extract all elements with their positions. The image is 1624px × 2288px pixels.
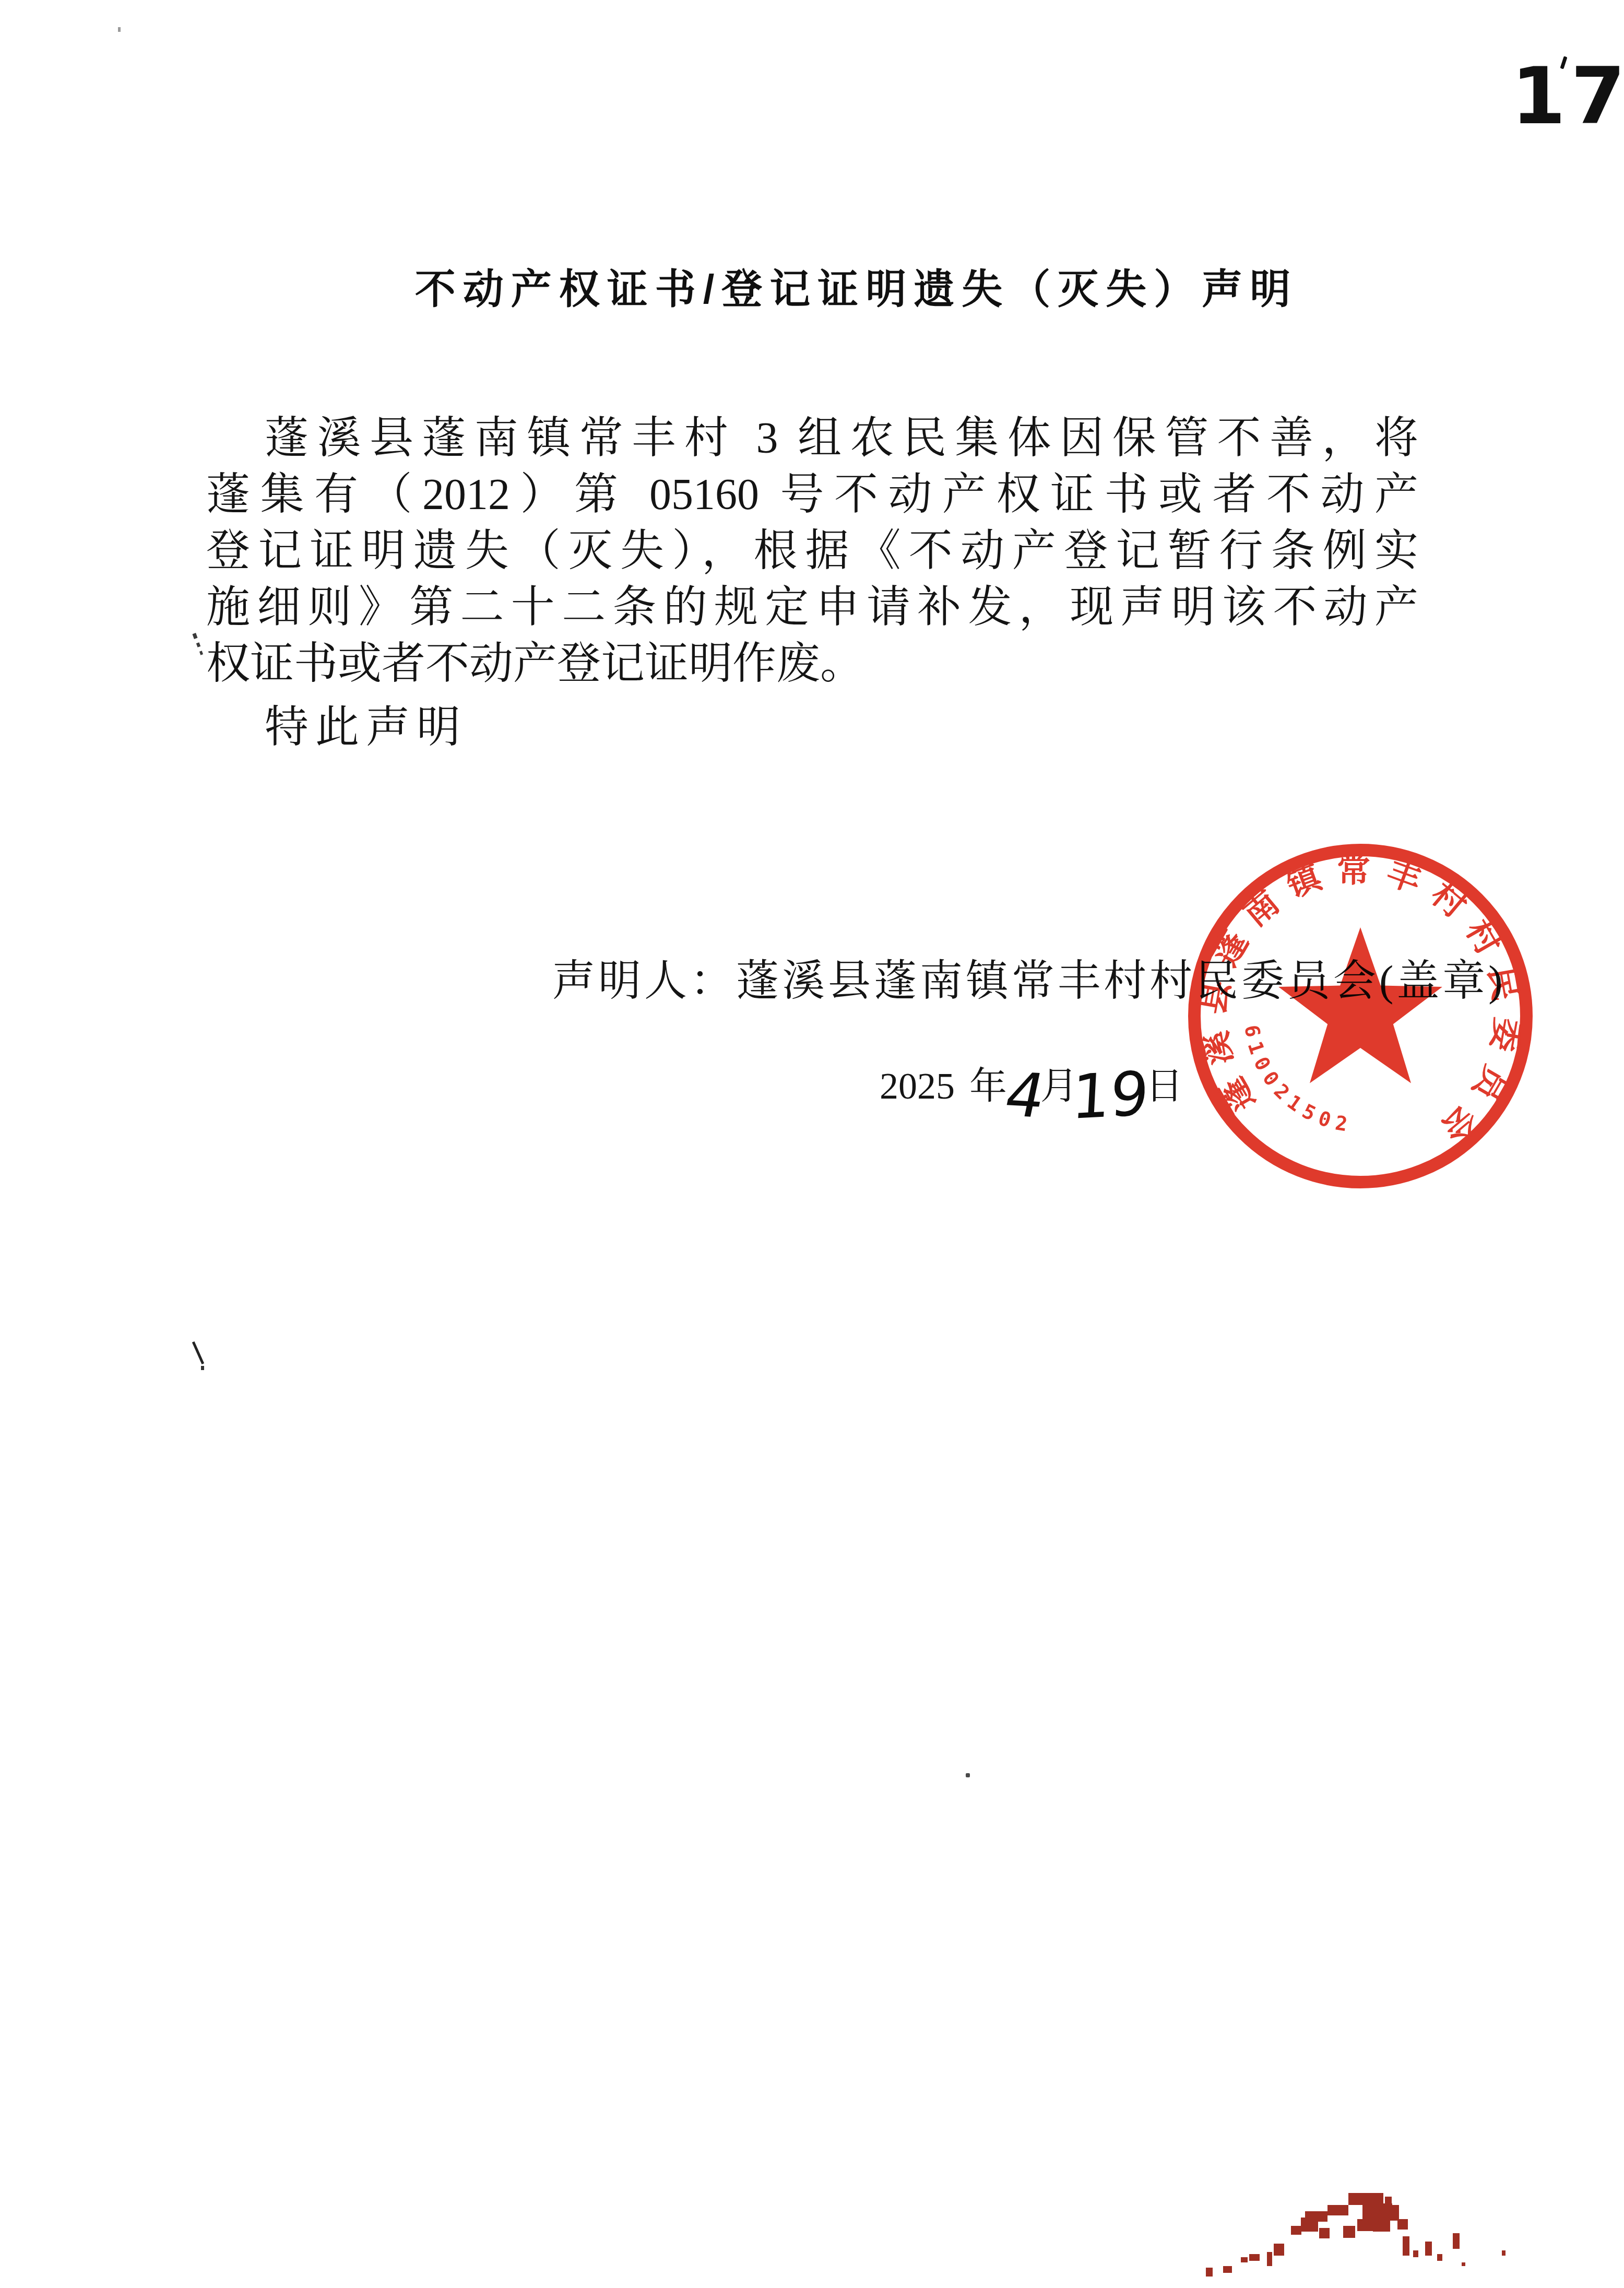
scan-speck [199,651,203,655]
body-line: 登记证明遗失（灭失），根据《不动产登记暂行条例实 [206,523,1418,580]
body-closing-line: 特此声明 [206,700,1418,756]
scan-speck [196,642,200,647]
body-line: 权证书或者不动产登记证明作废。 [206,636,1418,692]
handwritten-month: 4 [1000,1065,1051,1127]
date-line: 2025年4月19日 [880,1059,1183,1126]
date-year: 2025 [880,1065,955,1107]
seal-star [1278,927,1442,1083]
body-line: 施细则》第二十二条的规定申请补发，现声明该不动产 [206,580,1418,636]
official-seal-stamp: 蓬溪县蓬南镇常丰村村民委员会 6100215026519 [1176,832,1545,1200]
red-ink-artifact [1195,2162,1623,2288]
artifact-blocks [1206,2193,1506,2277]
date-year-unit: 年 [969,1065,1007,1107]
scan-speck [201,1366,204,1370]
scan-speck [118,27,121,32]
body-line: 蓬集有（2012）第 05160 号不动产权证书或者不动产 [206,467,1418,523]
scan-speck [193,633,198,639]
document-title: 不动产权证书/登记证明遗失（灭失）声明 [89,260,1624,319]
declaration-body: 蓬溪县蓬南镇常丰村 3 组农民集体因保管不善，将 蓬集有（2012）第 0516… [206,410,1418,756]
page-number: 17 [1511,52,1624,141]
body-line: 蓬溪县蓬南镇常丰村 3 组农民集体因保管不善，将 [206,410,1418,467]
scan-speck [192,1341,204,1364]
document-page: 17 不动产权证书/登记证明遗失（灭失）声明 蓬溪县蓬南镇常丰村 3 组农民集体… [0,0,1624,2288]
handwritten-day: 19 [1070,1064,1151,1128]
scan-speck [966,1773,970,1777]
